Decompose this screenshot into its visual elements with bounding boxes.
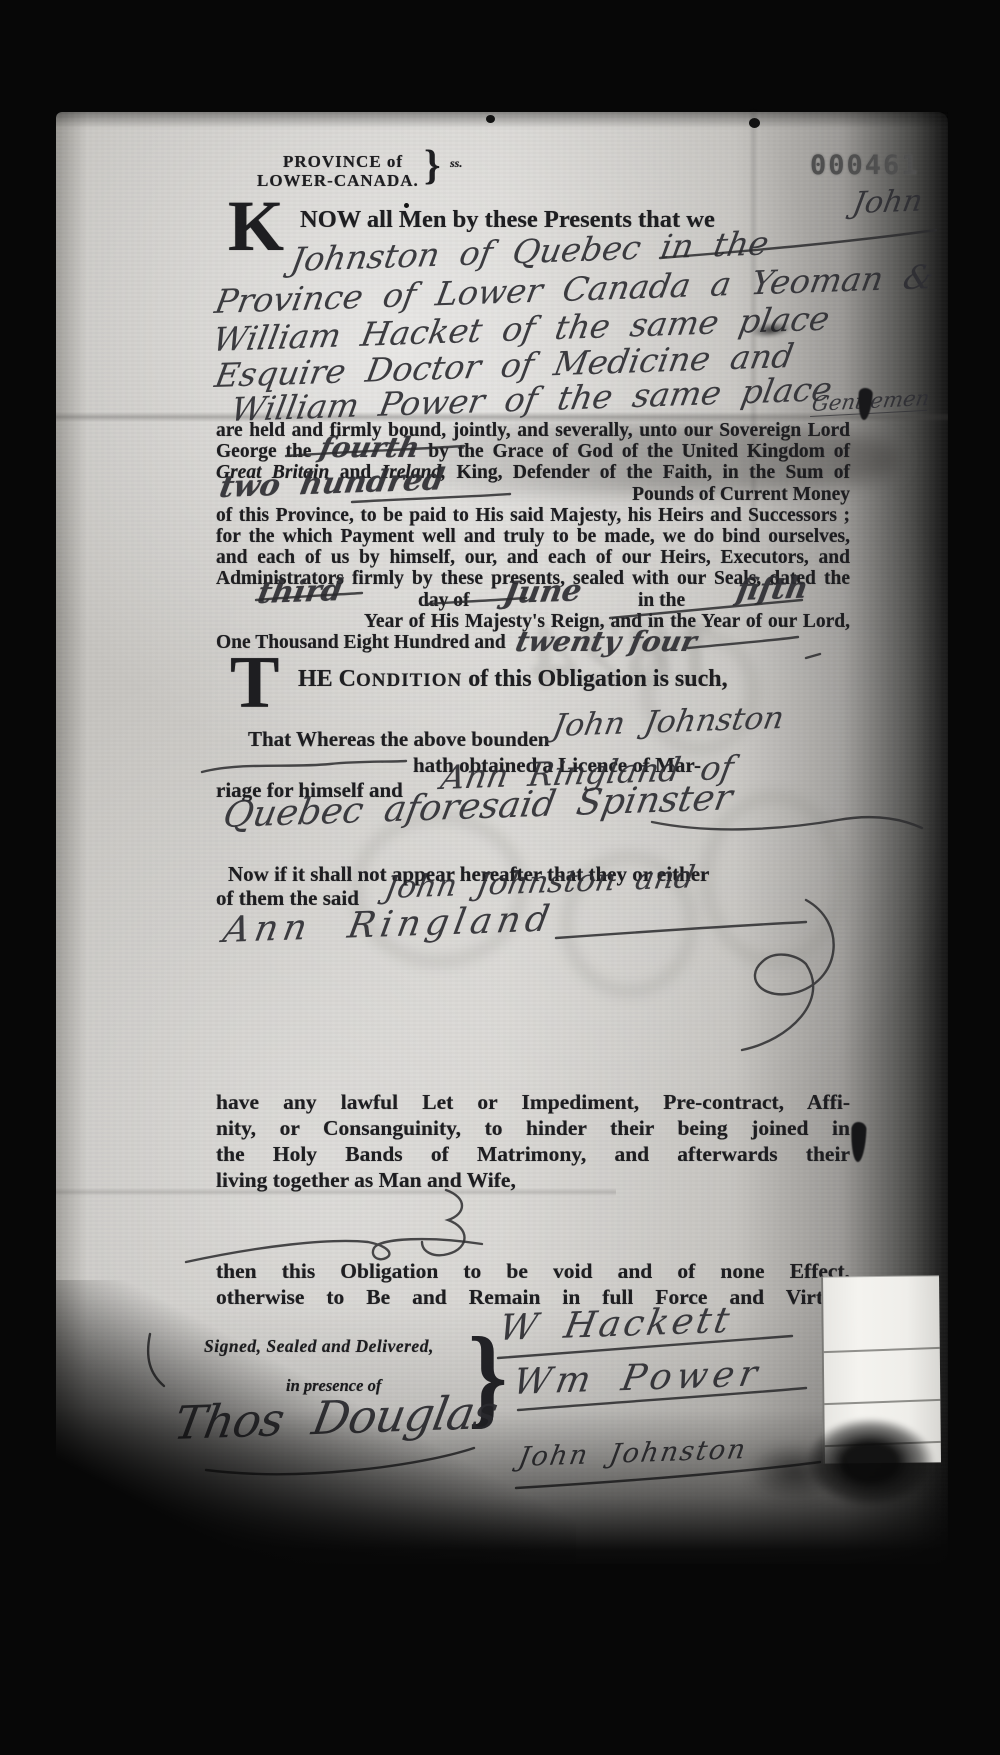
dropcap-t: T xyxy=(230,652,279,715)
bond-line: two hundredPounds of Current Money xyxy=(216,484,850,505)
handwritten-fourth: fourth xyxy=(319,441,421,455)
province-header-line1: PROVINCE of xyxy=(283,152,403,172)
heading-text: of this Obligation is such, xyxy=(462,666,727,692)
handwritten-two-hundred: two hundred xyxy=(218,469,446,498)
handwritten-june: June xyxy=(502,580,583,604)
impediment-paragraph: have any lawful Let or Impediment, Pre-c… xyxy=(216,1090,850,1194)
paper-speck xyxy=(486,115,495,123)
handwritten-twenty-four: twenty four xyxy=(514,635,697,649)
stamp-number: 000461 xyxy=(810,150,920,181)
whereas-line: That Whereas the above bounden xyxy=(248,727,549,752)
handwritten-fifth: fifth xyxy=(735,577,810,601)
bond-text: George the xyxy=(216,441,311,462)
bond-text: day of xyxy=(418,590,469,611)
paper-speck xyxy=(404,203,409,208)
ss-abbreviation: ss. xyxy=(450,156,462,171)
dark-blob-shadow xyxy=(730,1432,860,1512)
bond-line: and each of us by himself, our, and each… xyxy=(216,547,850,568)
bond-text: Pounds of Current Money xyxy=(632,484,850,505)
bond-text: King, Defender of the Faith, in the Sum … xyxy=(456,462,850,483)
ss-brace: } xyxy=(424,142,441,190)
handwritten-name-john: John xyxy=(850,184,925,221)
bond-text: in the xyxy=(638,590,685,611)
bond-line: for the which Payment well and truly to … xyxy=(216,526,850,547)
paper-speck xyxy=(749,118,760,128)
bond-line: George the fourth by the Grace of God of… xyxy=(216,441,850,462)
patch-seam xyxy=(824,1399,940,1405)
dropcap-k: K xyxy=(228,196,284,257)
condition-heading: HE CONDITION of this Obligation is such, xyxy=(298,666,728,693)
bond-text: by the Grace of God of the United Kingdo… xyxy=(428,441,850,462)
heading-smallcaps: ONDITION xyxy=(356,670,462,691)
impediment-line: have any lawful Let or Impediment, Pre-c… xyxy=(216,1090,850,1116)
heading-text: HE C xyxy=(298,666,356,692)
bond-line: are held and firmly bound, jointly, and … xyxy=(216,420,850,441)
bond-date-line: thirdday ofJunein thefifth xyxy=(216,590,850,611)
handwritten-third: third xyxy=(256,580,344,604)
patch-seam xyxy=(824,1347,940,1353)
bond-year-line: One Thousand Eight Hundred andtwenty fou… xyxy=(216,632,850,653)
impediment-line: nity, or Consanguinity, to hinder their … xyxy=(216,1116,850,1142)
bond-paragraph: are held and firmly bound, jointly, and … xyxy=(216,420,850,653)
document-scan: 1824 PROVINCE of LOWER-CANADA. } ss. 000… xyxy=(0,0,1000,1755)
impediment-line: living together as Man and Wife, xyxy=(216,1168,850,1194)
impediment-line: the Holy Bands of Matrimony, and afterwa… xyxy=(216,1142,850,1168)
bond-line: of this Province, to be paid to His said… xyxy=(216,505,850,526)
bottom-left-shadow xyxy=(56,1280,576,1572)
